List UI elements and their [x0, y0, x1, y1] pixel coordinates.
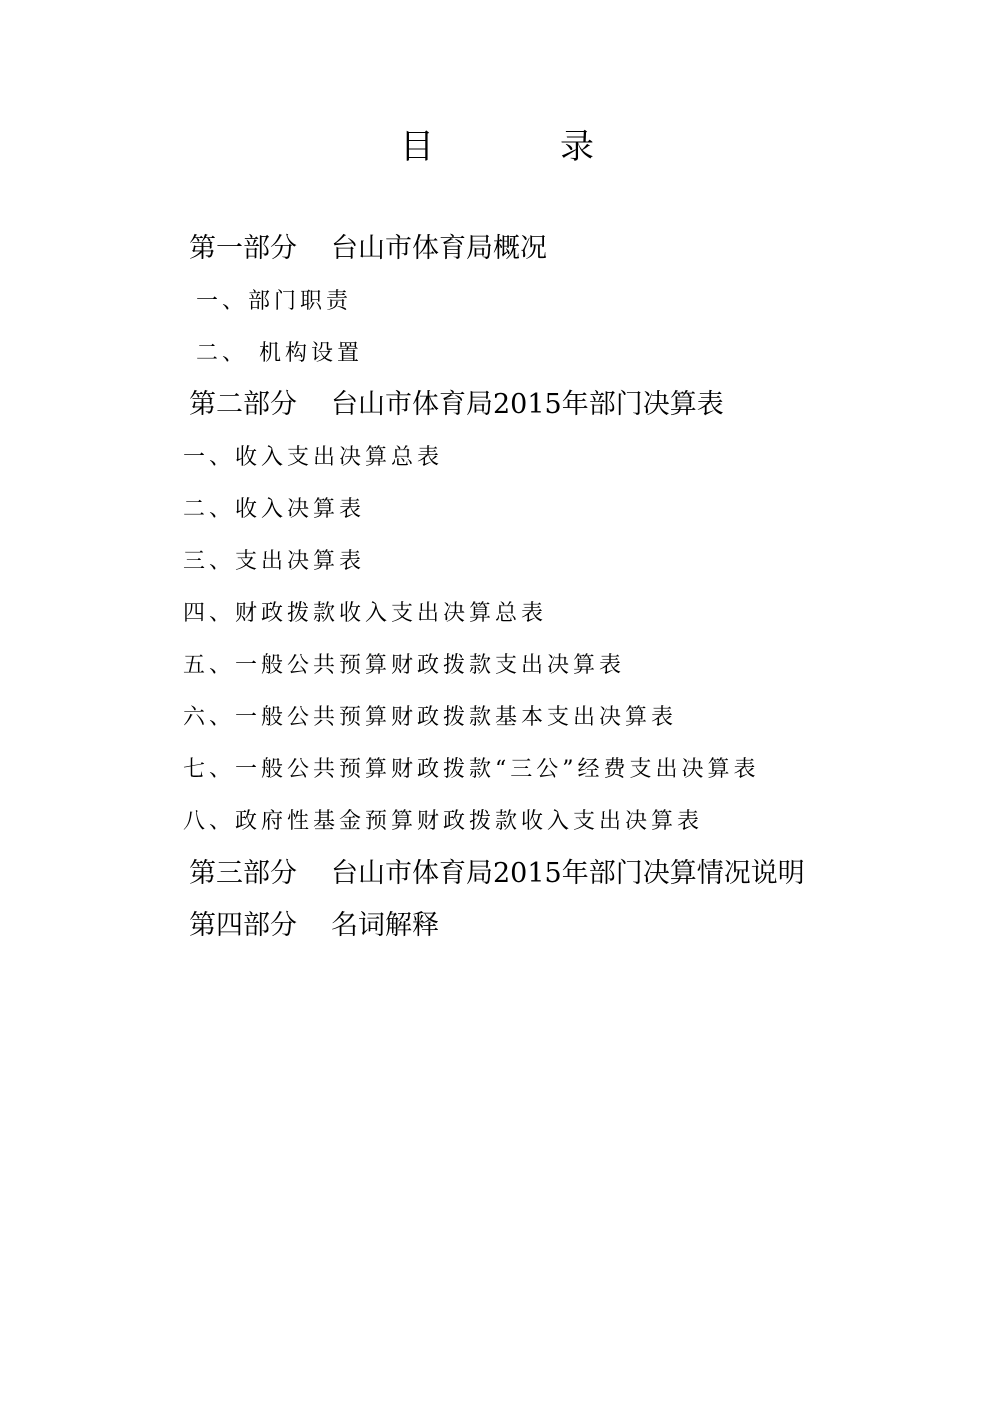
toc-title-char-1: 目 [400, 122, 434, 172]
toc-part-title: 台山市体育局2015年部门决算表 [331, 389, 724, 420]
toc-title: 目 录 [0, 122, 992, 172]
toc-part-title: 台山市体育局概况 [331, 233, 547, 264]
toc-part-title: 台山市体育局2015年部门决算情况说明 [331, 858, 805, 889]
toc-item-3[interactable]: 三、支出决算表 [183, 545, 365, 579]
toc-part-label: 第四部分 [189, 910, 297, 941]
toc-part-1[interactable]: 第一部分台山市体育局概况 [189, 229, 547, 269]
toc-part-3[interactable]: 第三部分台山市体育局2015年部门决算情况说明 [189, 854, 805, 894]
toc-item-2[interactable]: 二、收入决算表 [183, 493, 365, 527]
toc-item-6[interactable]: 六、一般公共预算财政拨款基本支出决算表 [183, 701, 677, 735]
toc-item-8[interactable]: 八、政府性基金预算财政拨款收入支出决算表 [183, 805, 703, 839]
toc-item-1[interactable]: 一、收入支出决算总表 [183, 441, 443, 475]
toc-part-title: 名词解释 [331, 910, 439, 941]
toc-item-department-duties[interactable]: 一、部门职责 [196, 285, 352, 319]
toc-part-2[interactable]: 第二部分台山市体育局2015年部门决算表 [189, 385, 724, 425]
toc-item-organization-setup[interactable]: 二、 机构设置 [196, 337, 363, 371]
toc-item-4[interactable]: 四、财政拨款收入支出决算总表 [183, 597, 547, 631]
toc-part-label: 第二部分 [189, 389, 297, 420]
toc-item-5[interactable]: 五、一般公共预算财政拨款支出决算表 [183, 649, 625, 683]
toc-part-label: 第三部分 [189, 858, 297, 889]
toc-item-7[interactable]: 七、一般公共预算财政拨款“三公”经费支出决算表 [183, 753, 760, 787]
toc-part-label: 第一部分 [189, 233, 297, 264]
toc-part-4[interactable]: 第四部分名词解释 [189, 906, 439, 946]
toc-title-char-2: 录 [560, 122, 594, 172]
